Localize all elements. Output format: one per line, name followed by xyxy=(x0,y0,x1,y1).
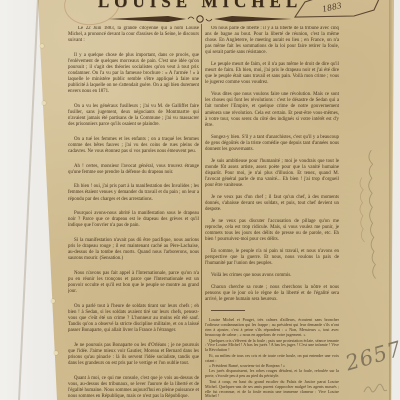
paragraph: On nous parle de liberté : il y a la lib… xyxy=(205,26,339,56)
paragraph: Si la manifestation n'avait pas dû être … xyxy=(68,238,199,262)
paragraph: En somme, le peuple n'a ni pain ni trava… xyxy=(205,249,339,267)
paragraph: On a vu les généraux fusilleurs ; j'ai v… xyxy=(68,104,199,128)
paper-hole xyxy=(54,351,58,355)
title-ornament-divider xyxy=(106,13,294,25)
paragraph: Je suis ambitieuse pour l'humanité ; moi… xyxy=(205,159,339,189)
paragraph: Voilà les crimes que nous avons commis. xyxy=(205,273,339,279)
pencil-scribble xyxy=(362,380,388,396)
paragraph: Le 22 Juin 1883, la grande citoyenne qui… xyxy=(68,26,199,44)
paragraph: Ah ! certes, monsieur l'avocat général, … xyxy=(68,164,199,176)
footnote-divider xyxy=(211,310,245,311)
paragraph: On a parlé tout à l'heure de soldats tir… xyxy=(68,304,199,334)
paragraph: Je ne veux pas discuter l'accusation de … xyxy=(205,219,339,243)
document-page xyxy=(0,0,400,400)
paragraph: Quant à moi, ce qui me console, c'est qu… xyxy=(68,376,199,400)
right-column: On nous parle de liberté : il y a la lib… xyxy=(205,26,339,400)
paper-left-edge xyxy=(18,0,39,400)
footnote-block: Louise Michel et Pouget, très calmes d'a… xyxy=(205,318,339,400)
left-column: Le 22 Juin 1883, la grande citoyenne qui… xyxy=(68,26,199,400)
paper-hole xyxy=(40,44,44,48)
paragraph: Il y a quelque chose de plus important, … xyxy=(68,53,199,96)
paragraph: Pourquoi avons-nous abrité la manifestat… xyxy=(68,211,199,229)
footnote-paragraph: Louise Michel et Pouget, très calmes d'a… xyxy=(205,318,339,338)
footnote-paragraph: Quelques cris s'élèvent de la foule ; pu… xyxy=(205,339,339,354)
paper-hole xyxy=(51,299,55,303)
scanned-document-view: LOUISE MICHEL 1883 Le 22 Juin 1883, la g… xyxy=(0,0,400,400)
footnote-paragraph: Les jurés disparaissent, les robes rouge… xyxy=(205,369,339,379)
paragraph: Je ne veux pas d'un chef ; il faut qu'un… xyxy=(205,195,339,213)
paragraph: Eh bien ! oui, j'ai pris part à la manif… xyxy=(68,184,199,202)
paragraph: Songez-y bien. S'il y a tant d'anarchist… xyxy=(205,135,339,153)
paragraph: Vous dites que nous voulons faire une ré… xyxy=(205,92,339,129)
paper-hole xyxy=(42,101,46,105)
footnote-paragraph: Tout à coup, en haut du grand escalier d… xyxy=(205,380,339,400)
paragraph: On a tué les femmes et les enfants ; on … xyxy=(68,137,199,155)
paragraph: Le peuple meurt de faim, et il n'a pas m… xyxy=(205,62,339,86)
paragraph: Je ne poursuis pas Bonaparte ou les d'Or… xyxy=(68,343,199,367)
column-divider xyxy=(201,24,202,400)
paragraph: Chacun cherche sa route ; nous cherchons… xyxy=(205,285,339,303)
paragraph: Nous n'avons pas fait appel à l'Internat… xyxy=(68,271,199,295)
